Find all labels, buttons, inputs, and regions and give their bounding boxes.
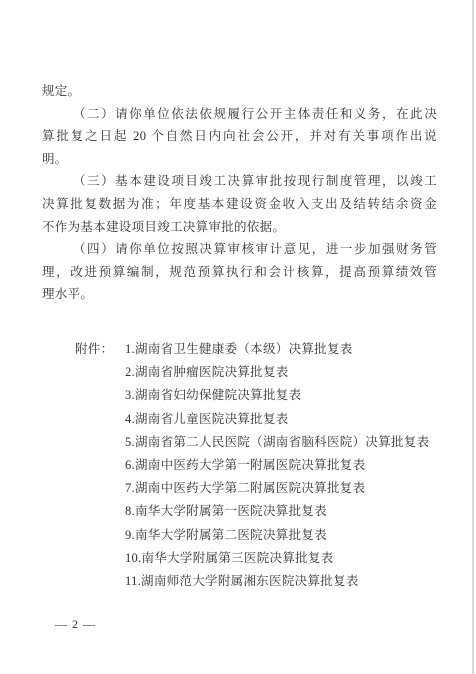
document-body: 规定。 （二）请你单位依法依规履行公开主体责任和义务，在此决 算批复之日起 20… — [42, 80, 437, 306]
body-line: （三）基本建设项目竣工决算审批按现行制度管理，以竣工 — [42, 170, 437, 193]
attachment-item: 8.南华大学附属第一医院决算批复表 — [125, 500, 476, 523]
body-line: 规定。 — [42, 80, 437, 103]
attachment-item: 5.湖南省第二人民医院（湖南省脑科医院）决算批复表 — [125, 431, 476, 454]
scan-edge-line — [472, 0, 474, 674]
attachment-item: 6.湖南中医药大学第一附属医院决算批复表 — [125, 454, 476, 477]
attachment-item: 2.湖南省肿瘤医院决算批复表 — [125, 361, 476, 384]
document-page: 规定。 （二）请你单位依法依规履行公开主体责任和义务，在此决 算批复之日起 20… — [0, 0, 476, 674]
body-line: 不作为基本建设项目竣工决算审批的依据。 — [42, 216, 437, 239]
body-line: 理，改进预算编制，规范预算执行和会计核算，提高预算绩效管 — [42, 261, 437, 284]
attachments-list: 1.湖南省卫生健康委（本级）决算批复表 2.湖南省肿瘤医院决算批复表 3.湖南省… — [125, 338, 476, 593]
body-line: 决算批复数据为准；年度基本建设资金收入支出及结转结余资金 — [42, 193, 437, 216]
body-line: 理水平。 — [42, 283, 437, 306]
attachment-item: 3.湖南省妇幼保健院决算批复表 — [125, 384, 476, 407]
body-line: 明。 — [42, 148, 437, 171]
attachments-section: 附件： 1.湖南省卫生健康委（本级）决算批复表 2.湖南省肿瘤医院决算批复表 3… — [75, 338, 476, 593]
attachments-label: 附件： — [75, 338, 125, 361]
attachment-item: 4.湖南省儿童医院决算批复表 — [125, 408, 476, 431]
attachment-item: 9.南华大学附属第二医院决算批复表 — [125, 524, 476, 547]
body-line: 算批复之日起 20 个自然日内向社会公开，并对有关事项作出说 — [42, 125, 437, 148]
body-line: （二）请你单位依法依规履行公开主体责任和义务，在此决 — [42, 103, 437, 126]
attachment-item: 1.湖南省卫生健康委（本级）决算批复表 — [125, 338, 476, 361]
body-line: （四）请你单位按照决算审核审计意见，进一步加强财务管 — [42, 238, 437, 261]
attachment-item: 10.南华大学附属第三医院决算批复表 — [125, 547, 476, 570]
attachment-item: 7.湖南中医药大学第二附属医院决算批复表 — [125, 477, 476, 500]
attachment-item: 11.湖南师范大学附属湘东医院决算批复表 — [125, 570, 476, 593]
page-number: — 2 — — [55, 613, 476, 635]
